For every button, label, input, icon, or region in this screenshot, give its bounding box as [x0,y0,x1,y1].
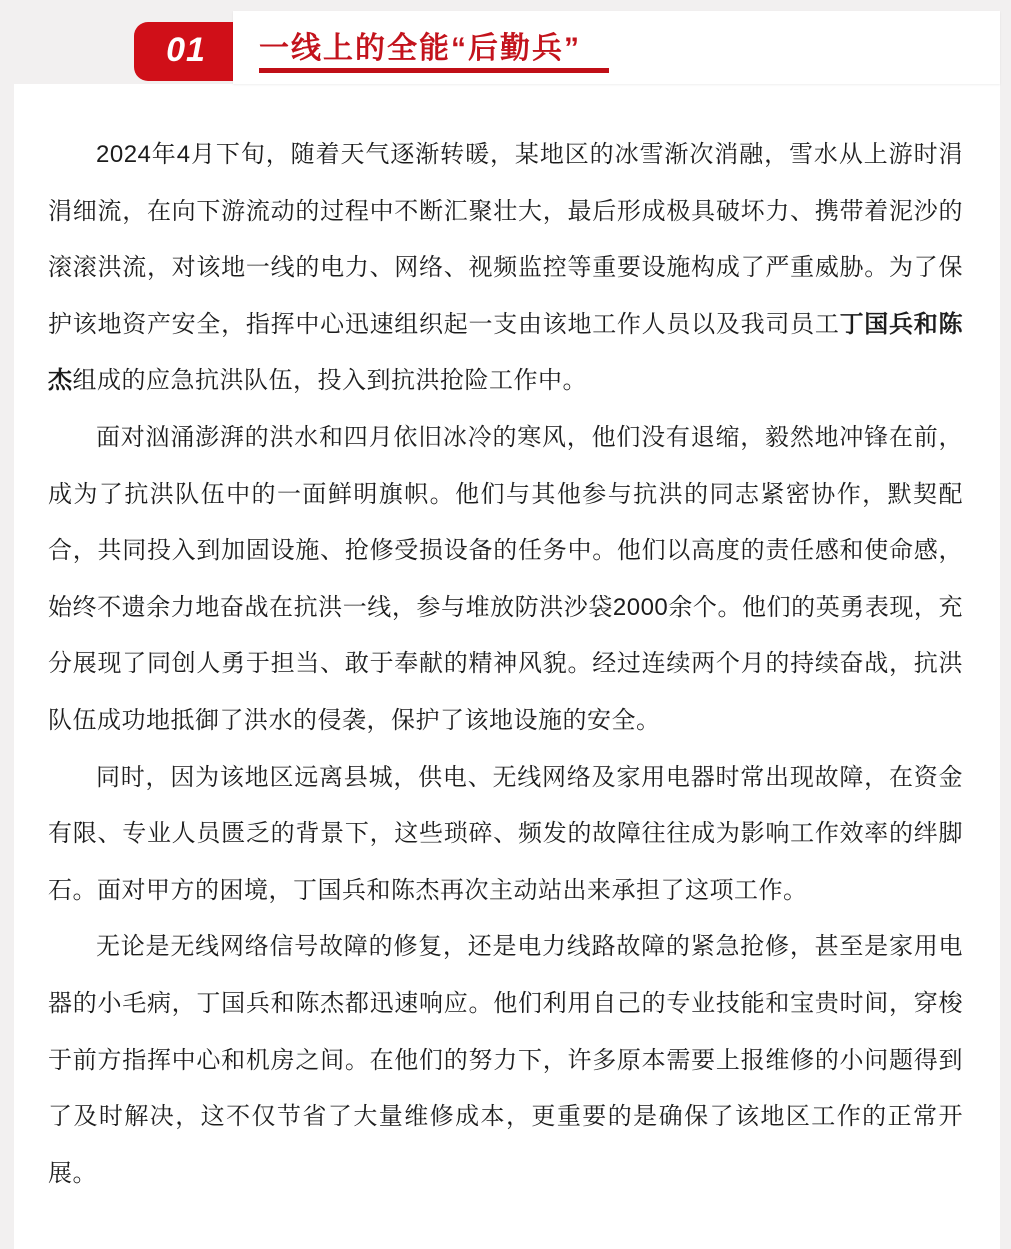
section-number-badge: 01 [134,22,238,81]
article-card: 2024年4月下旬，随着天气逐渐转暖，某地区的冰雪渐次消融，雪水从上游时涓涓细流… [14,84,1000,1249]
paragraph: 面对汹涌澎湃的洪水和四月依旧冰冷的寒风，他们没有退缩，毅然地冲锋在前，成为了抗洪… [48,410,963,750]
text-segment: 组成的应急抗洪队伍，投入到抗洪抢险工作中。 [73,367,588,394]
section-header-band: 一线上的全能“后勤兵” [233,11,1000,84]
text-segment: 同时，因为该地区远离县城，供电、无线网络及家用电器时常出现故障，在资金有限、专业… [48,764,963,904]
paragraph: 无论是无线网络信号故障的修复，还是电力线路故障的紧急抢修，甚至是家用电器的小毛病… [48,919,963,1202]
paragraph: 2024年4月下旬，随着天气逐渐转暖，某地区的冰雪渐次消融，雪水从上游时涓涓细流… [48,127,963,410]
section-title: 一线上的全能“后勤兵” [259,23,581,67]
paragraph: 同时，因为该地区远离县城，供电、无线网络及家用电器时常出现故障，在资金有限、专业… [48,750,963,920]
text-segment: 面对汹涌澎湃的洪水和四月依旧冰冷的寒风，他们没有退缩，毅然地冲锋在前，成为了抗洪… [48,424,963,734]
article-body: 2024年4月下旬，随着天气逐渐转暖，某地区的冰雪渐次消融，雪水从上游时涓涓细流… [14,84,1000,1202]
page: 01 一线上的全能“后勤兵” 2024年4月下旬，随着天气逐渐转暖，某地区的冰雪… [0,0,1011,1249]
text-segment: 2024年4月下旬，随着天气逐渐转暖，某地区的冰雪渐次消融，雪水从上游时涓涓细流… [48,141,963,338]
section-number: 01 [166,31,206,70]
title-underline [259,68,609,73]
text-segment: 无论是无线网络信号故障的修复，还是电力线路故障的紧急抢修，甚至是家用电器的小毛病… [48,933,963,1186]
